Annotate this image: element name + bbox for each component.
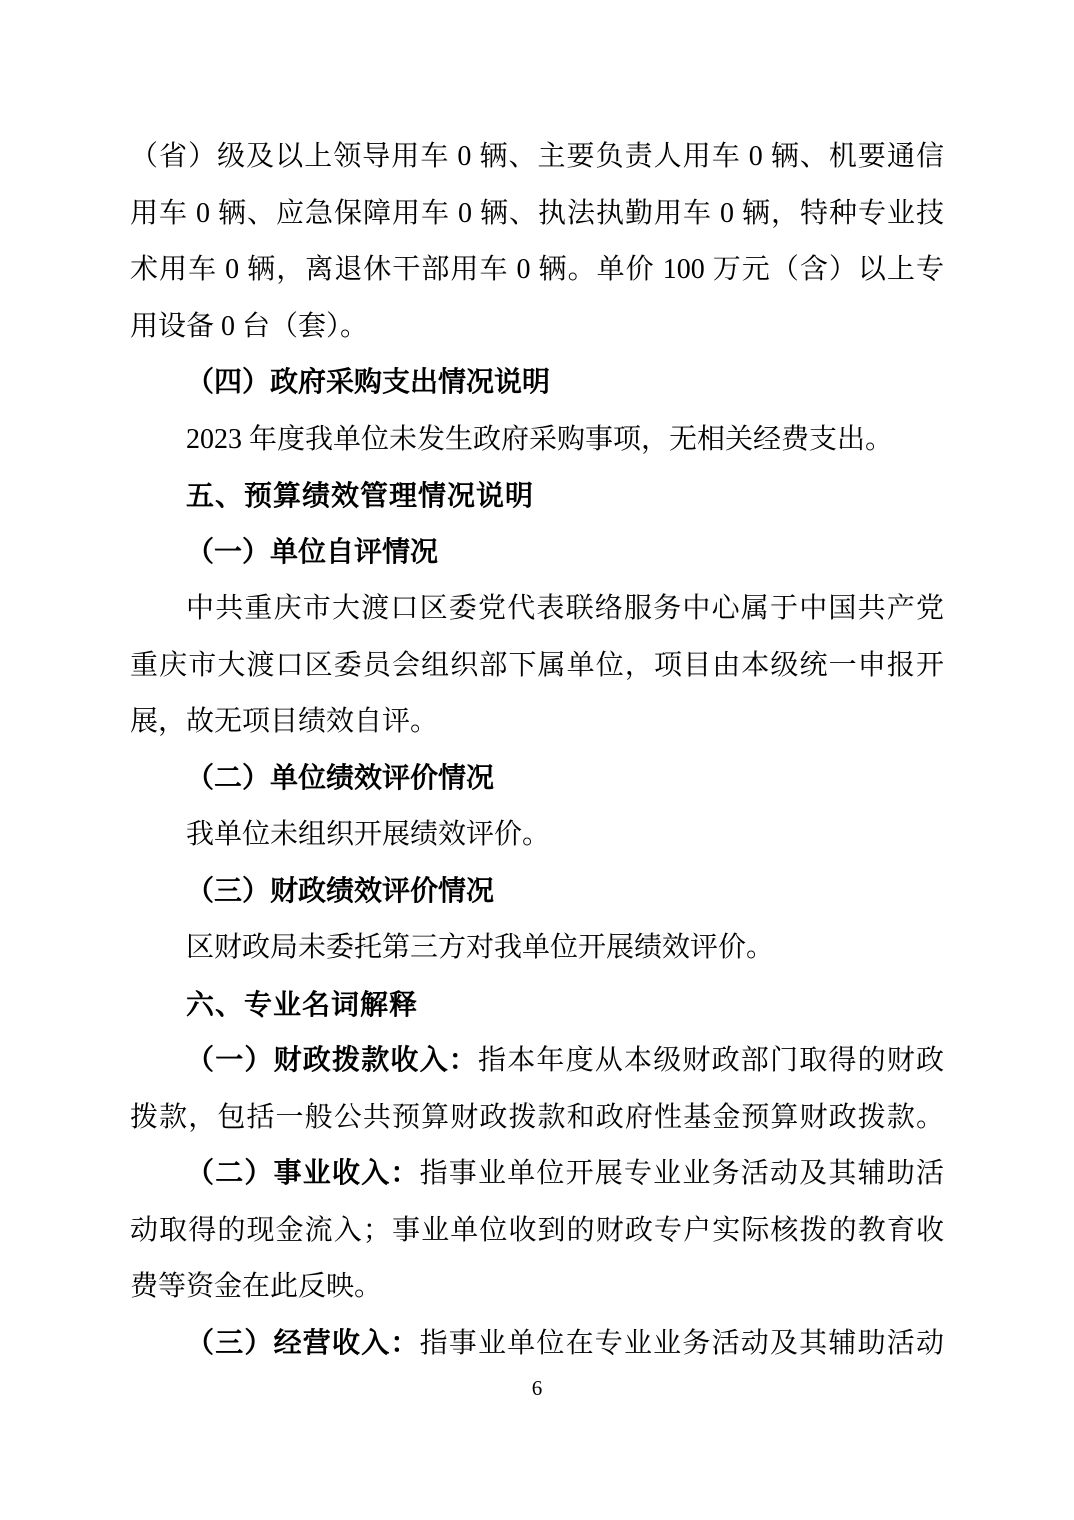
text-segment: 中共重庆市大渡口区委党代表联络服务中心属于中国共产党 [186,593,944,624]
bold-text-segment: （二）单位绩效评价情况 [186,763,494,794]
page-number: 6 [0,1378,1074,1399]
text-segment: 指本年度从本级财政部门取得的财政 [478,1045,944,1076]
text-line: 重庆市大渡口区委员会组织部下属单位，项目由本级统一申报开 [130,638,944,695]
text-line: （三）经营收入：指事业单位在专业业务活动及其辅助活动 [130,1316,944,1373]
document-page: （省）级及以上领导用车 0 辆、主要负责人用车 0 辆、机要通信用车 0 辆、应… [0,0,1074,1520]
bold-text-segment: （一）单位自评情况 [186,537,438,568]
text-segment: （省）级及以上领导用车 0 辆、主要负责人用车 0 辆、机要通信 [130,141,944,172]
text-line: 六、专业名词解释 [130,977,944,1034]
text-segment: 展，故无项目绩效自评。 [130,706,438,737]
text-line: 2023 年度我单位未发生政府采购事项，无相关经费支出。 [130,412,944,469]
text-segment: 指事业单位在专业业务活动及其辅助活动 [420,1328,944,1359]
text-segment: 动取得的现金流入；事业单位收到的财政专户实际核拨的教育收 [130,1215,944,1246]
text-segment: 指事业单位开展专业业务活动及其辅助活 [420,1158,944,1189]
text-line: 五、预算绩效管理情况说明 [130,468,944,525]
text-line: 中共重庆市大渡口区委党代表联络服务中心属于中国共产党 [130,581,944,638]
text-line: （二）事业收入：指事业单位开展专业业务活动及其辅助活 [130,1146,944,1203]
text-segment: 术用车 0 辆，离退休干部用车 0 辆。单价 100 万元（含）以上专 [130,254,944,285]
text-segment: 重庆市大渡口区委员会组织部下属单位，项目由本级统一申报开 [130,650,944,681]
text-line: 费等资金在此反映。 [130,1259,944,1316]
text-line: （一）单位自评情况 [130,525,944,582]
text-segment: 费等资金在此反映。 [130,1271,382,1302]
bold-text-segment: （三）财政绩效评价情况 [186,876,494,907]
text-line: 动取得的现金流入；事业单位收到的财政专户实际核拨的教育收 [130,1203,944,1260]
text-segment: 拨款，包括一般公共预算财政拨款和政府性基金预算财政拨款。 [130,1102,944,1133]
text-segment: 区财政局未委托第三方对我单位开展绩效评价。 [186,932,774,963]
text-segment: 用设备 0 台（套）。 [130,311,368,342]
text-line: （省）级及以上领导用车 0 辆、主要负责人用车 0 辆、机要通信 [130,129,944,186]
text-line: （三）财政绩效评价情况 [130,864,944,921]
bold-text-segment: （三）经营收入： [186,1328,420,1359]
bold-text-segment: （一）财政拨款收入： [186,1045,478,1076]
bold-text-segment: 六、专业名词解释 [186,989,418,1020]
text-line: 用设备 0 台（套）。 [130,299,944,356]
bold-text-segment: （二）事业收入： [186,1158,420,1189]
text-segment: 用车 0 辆、应急保障用车 0 辆、执法执勤用车 0 辆，特种专业技 [130,198,944,229]
text-line: 展，故无项目绩效自评。 [130,694,944,751]
text-line: 区财政局未委托第三方对我单位开展绩效评价。 [130,920,944,977]
document-body: （省）级及以上领导用车 0 辆、主要负责人用车 0 辆、机要通信用车 0 辆、应… [130,129,944,1372]
text-line: 我单位未组织开展绩效评价。 [130,807,944,864]
text-line: 用车 0 辆、应急保障用车 0 辆、执法执勤用车 0 辆，特种专业技 [130,186,944,243]
text-line: 拨款，包括一般公共预算财政拨款和政府性基金预算财政拨款。 [130,1090,944,1147]
text-segment: 2023 年度我单位未发生政府采购事项，无相关经费支出。 [186,424,893,455]
text-line: 术用车 0 辆，离退休干部用车 0 辆。单价 100 万元（含）以上专 [130,242,944,299]
bold-text-segment: （四）政府采购支出情况说明 [186,367,550,398]
bold-text-segment: 五、预算绩效管理情况说明 [186,480,534,511]
text-line: （二）单位绩效评价情况 [130,751,944,808]
text-line: （四）政府采购支出情况说明 [130,355,944,412]
text-line: （一）财政拨款收入：指本年度从本级财政部门取得的财政 [130,1033,944,1090]
text-segment: 我单位未组织开展绩效评价。 [186,819,550,850]
